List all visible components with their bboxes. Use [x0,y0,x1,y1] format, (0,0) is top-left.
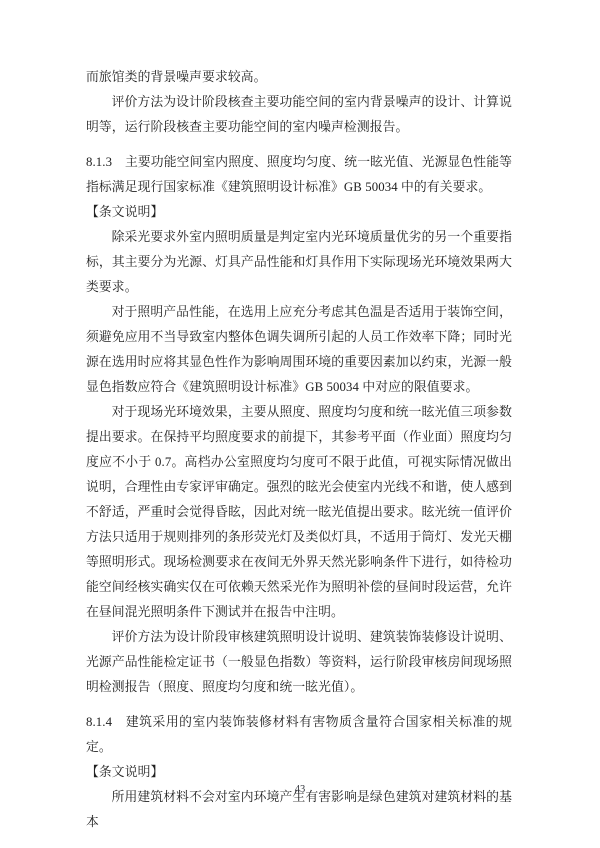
body-paragraph: 而旅馆类的背景噪声要求较高。 [86,65,512,90]
document-page: 而旅馆类的背景噪声要求较高。 评价方法为设计阶段核查主要功能空间的室内背景噪声的… [0,0,600,848]
body-paragraph: 对于照明产品性能，在选用上应充分考虑其色温是否适用于装饰空间，须避免应用不当导致… [86,300,512,400]
provision-note-label: 【条文说明】 [86,200,512,225]
provision-note-label: 【条文说明】 [86,760,512,785]
body-paragraph: 评价方法为设计阶段审核建筑照明设计说明、建筑装饰装修设计说明、光源产品性能检定证… [86,625,512,700]
body-paragraph: 对于现场光环境效果，主要从照度、照度均匀度和统一眩光值三项参数提出要求。在保持平… [86,400,512,625]
body-paragraph: 评价方法为设计阶段核查主要功能空间的室内背景噪声的设计、计算说明等，运行阶段核查… [86,90,512,140]
page-number: 43 [0,784,600,795]
body-paragraph: 除采光要求外室内照明质量是判定室内光环境质量优劣的另一个重要指标，其主要分为光源… [86,225,512,300]
section-heading-8-1-4: 8.1.4 建筑采用的室内装饰装修材料有害物质含量符合国家相关标准的规定。 [86,710,512,760]
section-heading-8-1-3: 8.1.3 主要功能空间室内照度、照度均匀度、统一眩光值、光源显色性能等指标满足… [86,150,512,200]
